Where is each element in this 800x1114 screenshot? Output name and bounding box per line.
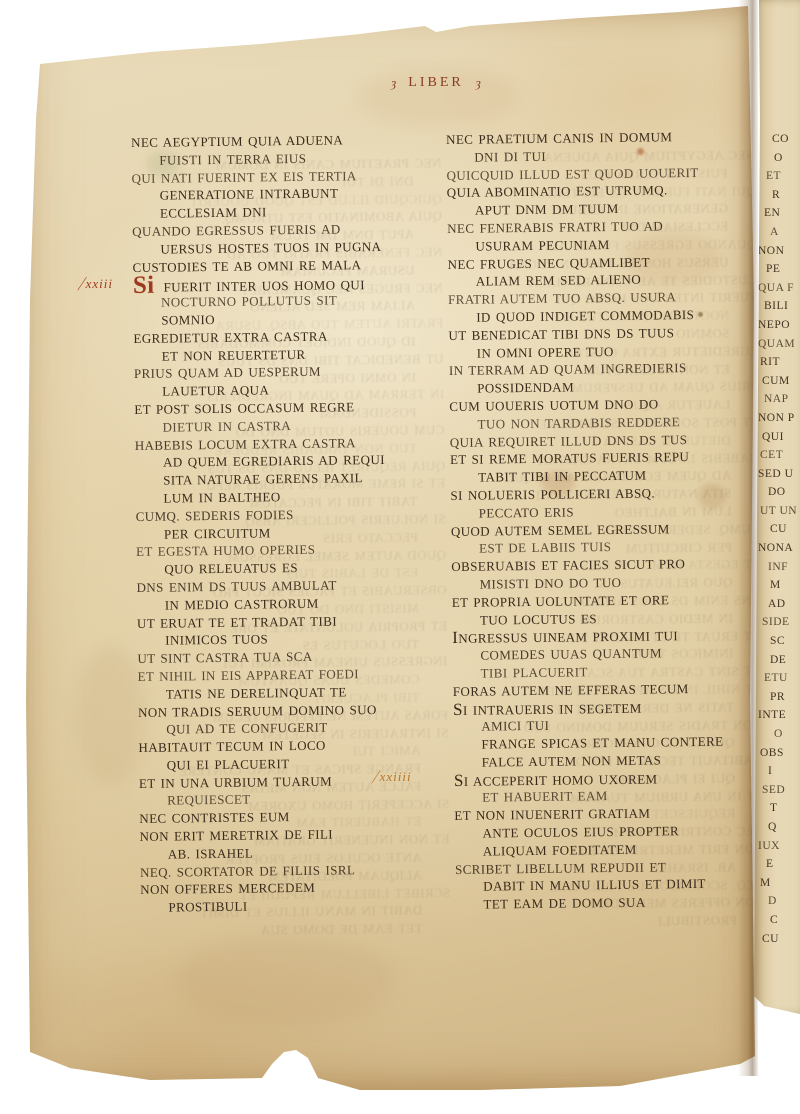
manuscript-line-text: COMEDES UUAS QUANTUM — [480, 646, 662, 663]
next-folio-fragment: NON P — [758, 409, 797, 428]
chapter-numeral-xxiii: /xxiii — [80, 276, 113, 292]
manuscript-line-text: SOMNIO — [161, 312, 215, 328]
text-column-right: NEC PRAETIUM CANIS IN DOMUMDNI DI TUIQUI… — [446, 127, 766, 914]
next-folio-fragment: D — [768, 892, 797, 911]
manuscript-line-text: FALCE AUTEM NON METAS — [482, 752, 662, 769]
manuscript-line-text: ALIAM REM SED ALIENO — [476, 272, 641, 289]
chapter-numeral-label: xxiii — [86, 276, 113, 291]
manuscript-line-text: NEC PRAETIUM CANIS IN DOMUM — [446, 129, 672, 147]
manuscript-line-text: ALIQUAM FOEDITATEM — [483, 842, 637, 859]
manuscript-line: DNS ENIM DS TUUS AMBULAT — [136, 575, 444, 597]
manuscript-line-text: POSSIDENDAM — [477, 380, 574, 396]
manuscript-line-text: EGREDIETUR EXTRA CASTRA — [133, 328, 327, 345]
manuscript-line-text: FORAS AUTEM NE EFFERAS TECUM — [453, 681, 689, 699]
flourish-mark-left: ȝ — [391, 75, 396, 90]
manuscript-line-text: TET EAM DE DOMO SUA — [483, 895, 645, 912]
manuscript-line-text: QUIA REQUIRET ILLUD DNS DS TUS — [450, 432, 688, 450]
manuscript-line-text: QUICQUID ILLUD EST QUOD UOUERIT — [446, 165, 698, 183]
parchment-stain — [76, 646, 146, 786]
manuscript-line: ET EGESTA HUMO OPERIES — [136, 540, 444, 562]
next-folio-fragment: ETU — [764, 669, 797, 688]
manuscript-line: TIBI PLACUERIT — [453, 661, 763, 683]
manuscript-line-text: USURAM PECUNIAM — [475, 237, 609, 254]
manuscript-line: QUI AD TE CONFUGERIT — [138, 717, 446, 739]
next-folio-fragment: O — [774, 149, 797, 168]
next-folio-fragment: DE — [770, 651, 797, 670]
manuscript-photo: ȝLIBERȝ /xxiii /xxiiii NEC PRAETIUM CANI… — [0, 0, 800, 1114]
next-folio-fragment: CUM — [762, 372, 797, 391]
manuscript-line-text: QUI EI PLACUERIT — [167, 756, 290, 772]
manuscript-line-text: GENERATIONE INTRABUNT — [160, 186, 339, 203]
manuscript-line-text: ET PROPRIA UOLUNTATE ET ORE — [452, 592, 670, 610]
manuscript-line: QUIA REQUIRET ILLUD DNS DS TUS — [450, 430, 760, 452]
manuscript-line: NEQ. SCORTATOR DE FILIIS ISRL — [140, 860, 448, 882]
manuscript-line-text: AD QUEM EGREDIARIS AD REQUI — [163, 452, 385, 470]
manuscript-line-text: DIETUR IN CASTRA — [162, 418, 291, 435]
manuscript-line: NOCTURNO POLLUTUS SIT — [133, 290, 441, 312]
manuscript-line: NEC FENERABIS FRATRI TUO AD — [447, 216, 757, 238]
manuscript-line: PECCATO ERIS — [451, 501, 761, 523]
manuscript-line-text: SCRIBET LIBELLUM REPUDII ET — [455, 859, 666, 877]
next-folio-fragment: INTE — [758, 706, 797, 725]
manuscript-line-text: MISISTI DNO DO TUO — [479, 575, 621, 592]
manuscript-line-text: SITA NATURAE GERENS PAXIL — [163, 470, 363, 487]
manuscript-line-text: FRATRI AUTEM TUO ABSQ. USURA — [448, 289, 676, 307]
manuscript-line-text: UT BENEDICAT TIBI DNS DS TUUS — [448, 325, 674, 343]
bleedthrough-line: PROSTIBULI — [457, 911, 765, 933]
next-folio-fragment: M — [770, 576, 797, 595]
manuscript-line: HABEBIS LOCUM EXTRA CASTRA — [135, 433, 443, 455]
manuscript-line: PRIUS QUAM AD UESPERUM — [134, 362, 442, 384]
next-folio-fragment: T — [770, 799, 797, 818]
manuscript-line-text: ET NON INUENERIT GRATIAM — [454, 806, 650, 823]
manuscript-line: TET EAM DE DOMO SUA — [455, 892, 765, 914]
manuscript-line-text: AB. ISRAHEL — [168, 845, 254, 861]
next-folio-text-fragments: COOETRENANONPEQUA FBILINEPOQUAMRITCUMNAP… — [758, 130, 797, 948]
next-folio-fragment: NON — [758, 242, 797, 261]
manuscript-line-text: IN TERRAM AD QUAM INGREDIERIS — [449, 360, 687, 378]
manuscript-line-text: APUT DNM DM TUUM — [475, 201, 619, 218]
manuscript-line: SCRIBET LIBELLUM REPUDII ET — [455, 857, 765, 879]
running-title: ȝLIBERȝ — [286, 74, 586, 91]
flourish-mark-right: ȝ — [476, 75, 481, 90]
text-column-left: NEC AEGYPTIUM QUIA ADUENAFUISTI IN TERRA… — [131, 130, 449, 917]
manuscript-line: CUMQ. SEDERIS FODIES — [136, 504, 444, 526]
manuscript-line-text: QUANDO EGRESSUS FUERIS AD — [132, 221, 341, 239]
manuscript-line-text: CUMQ. SEDERIS FODIES — [136, 507, 294, 524]
manuscript-line-text: NEC FENERABIS FRATRI TUO AD — [447, 218, 663, 236]
manuscript-line-text: FUISTI IN TERRA EIUS — [159, 151, 306, 168]
next-folio-fragment: SIDE — [762, 613, 797, 632]
next-folio-fragment: UT UN — [760, 502, 797, 521]
manuscript-line-text: SI NOLUERIS POLLICERI ABSQ. — [450, 485, 655, 502]
manuscript-line-text: ET SI REME MORATUS FUERIS REPU — [450, 449, 689, 467]
bleedthrough-line: TET EAM DE DOMO SUA — [143, 919, 451, 941]
next-folio-fragment: NEPO — [758, 316, 797, 335]
manuscript-line-text: ID QUOD INDIGET COMMODABIS — [476, 307, 694, 325]
manuscript-line-text: ET HABUERIT EAM — [482, 789, 608, 806]
manuscript-page: ȝLIBERȝ /xxiii /xxiiii NEC PRAETIUM CANI… — [26, 6, 756, 1092]
manuscript-line-text: UT ERUAT TE ET TRADAT TIBI — [137, 613, 337, 630]
manuscript-line-text: ANTE OCULOS EIUS PROPTER — [482, 823, 679, 840]
next-folio-fragment: RIT — [760, 353, 797, 372]
manuscript-line-text: NON ERIT MERETRIX DE FILI — [139, 827, 333, 844]
next-folio-fragment: OBS — [760, 744, 797, 763]
manuscript-line-text: QUO RELEUATUS ES — [164, 560, 298, 577]
manuscript-line-text: EST DE LABIIS TUIS — [479, 539, 611, 556]
next-folio-fragment: SED U — [758, 465, 797, 484]
manuscript-line-text: QUIA ABOMINATIO EST UTRUMQ. — [447, 183, 668, 201]
manuscript-line: PROSTIBULI — [140, 895, 448, 917]
manuscript-line-text: PECCATO ERIS — [479, 504, 574, 520]
next-folio-fragment: BILI — [764, 297, 797, 316]
parchment-stain — [176, 936, 396, 1026]
manuscript-line-text: ET NON REUERTETUR — [162, 346, 306, 363]
next-folio-edge: COOETRENANONPEQUA FBILINEPOQUAMRITCUMNAP… — [754, 0, 800, 1014]
manuscript-line-text: NEC CONTRISTES EUM — [139, 809, 290, 826]
manuscript-line-text: LUM IN BALTHEO — [163, 489, 280, 505]
next-folio-fragment: INF — [768, 558, 797, 577]
next-folio-fragment: SC — [770, 632, 797, 651]
manuscript-line-text: NEC AEGYPTIUM QUIA ADUENA — [131, 132, 343, 150]
manuscript-line-text: ET IN UNA URBIUM TUARUM — [139, 773, 332, 790]
next-folio-fragment: PR — [770, 688, 797, 707]
page-title: LIBER — [408, 75, 463, 90]
manuscript-line-text: TUO NON TARDABIS REDDERE — [477, 414, 680, 431]
next-folio-fragment: CO — [772, 130, 797, 149]
manuscript-line-text: HABEBIS LOCUM EXTRA CASTRA — [135, 435, 356, 453]
manuscript-line-text: ET NIHIL IN EIS APPAREAT FOEDI — [138, 666, 360, 684]
next-folio-fragment: NONA — [758, 539, 797, 558]
manuscript-line-text: DNS ENIM DS TUUS AMBULAT — [136, 577, 336, 594]
manuscript-line: IN TERRAM AD QUAM INGREDIERIS — [449, 359, 759, 381]
manuscript-line-text: LAUETUR AQUA — [162, 382, 269, 398]
manuscript-line-text: UERSUS HOSTES TUOS IN PUGNA — [160, 239, 381, 257]
manuscript-line: FRANGE SPICAS ET MANU CONTERE — [453, 732, 763, 754]
manuscript-line-text: QUI NATI FUERINT EX EIS TERTIA — [131, 168, 356, 186]
manuscript-line: AMICI TUI — [453, 714, 763, 736]
manuscript-line-text: IN OMNI OPERE TUO — [477, 344, 614, 361]
manuscript-line-text: PROSTIBULI — [168, 899, 247, 915]
manuscript-line-text: TIBI PLACUERIT — [481, 664, 588, 680]
manuscript-line: QUI NATI FUERINT EX EIS TERTIA — [131, 166, 439, 188]
manuscript-line-text: QUOD AUTEM SEMEL EGRESSUM — [451, 521, 670, 539]
manuscript-line-text: PER CIRCUITUM — [164, 525, 271, 541]
manuscript-line-text: UT SINT CASTRA TUA SCA — [137, 649, 312, 666]
next-folio-fragment: QUAM — [758, 335, 797, 354]
next-folio-fragment: QUA F — [758, 279, 797, 298]
next-folio-fragment: CU — [770, 520, 797, 539]
manuscript-line-text: DNI DI TUI — [474, 149, 546, 165]
next-folio-fragment: R — [772, 186, 797, 205]
manuscript-line-text: NON OFFERES MERCEDEM — [140, 880, 315, 897]
next-folio-fragment: QUI — [762, 428, 797, 447]
manuscript-line-text: NON TRADIS SERUUM DOMINO SUO — [138, 702, 377, 720]
next-folio-fragment: A — [770, 223, 797, 242]
manuscript-line-text: TUO LOCUTUS ES — [480, 611, 597, 627]
next-folio-fragment: NAP — [764, 390, 797, 409]
manuscript-line-text: NEQ. SCORTATOR DE FILIIS ISRL — [140, 862, 355, 880]
next-folio-fragment: O — [774, 725, 797, 744]
next-folio-fragment: Q — [768, 818, 797, 837]
next-folio-fragment: ET — [766, 167, 797, 186]
next-folio-fragment: AD — [768, 595, 797, 614]
next-folio-fragment: CET — [760, 446, 797, 465]
manuscript-line-text: CUM UOUERIS UOTUM DNO DO — [449, 396, 658, 414]
next-folio-fragment: E — [766, 855, 797, 874]
next-folio-fragment: IUX — [758, 837, 797, 856]
next-folio-fragment: DO — [768, 483, 797, 502]
manuscript-line: ET NIHIL IN EIS APPAREAT FOEDI — [138, 664, 446, 686]
manuscript-line: FRATRI AUTEM TUO ABSQ. USURA — [448, 287, 758, 309]
manuscript-line-text: QUI AD TE CONFUGERIT — [166, 720, 328, 737]
next-folio-fragment: I — [768, 762, 797, 781]
manuscript-line: ET HABUERIT EAM — [454, 786, 764, 808]
next-folio-fragment: M — [760, 874, 797, 893]
manuscript-line-text: REQUIESCET — [167, 792, 251, 808]
manuscript-line: EST DE LABIIS TUIS — [451, 537, 761, 559]
next-folio-fragment: C — [770, 911, 797, 930]
manuscript-line-text: NEC FRUGES NEC QUAMLIBET — [448, 254, 650, 271]
manuscript-line-text: DABIT IN MANU ILLIUS ET DIMIT — [483, 876, 706, 894]
manuscript-line: QUICQUID ILLUD EST QUOD UOUERIT — [446, 163, 756, 185]
manuscript-line-text: TATIS NE DERELINQUAT TE — [166, 684, 347, 701]
manuscript-line-text: ET POST SOLIS OCCASUM REGRE — [134, 399, 354, 417]
manuscript-line: MISISTI DNO DO TUO — [451, 572, 761, 594]
next-folio-fragment: CU — [762, 930, 797, 949]
manuscript-line-text: IN MEDIO CASTRORUM — [165, 595, 319, 612]
manuscript-line-text: CUSTODIES TE AB OMNI RE MALA — [133, 257, 362, 275]
next-folio-fragment: PE — [766, 260, 797, 279]
manuscript-line-text: FRANGE SPICAS ET MANU CONTERE — [481, 734, 723, 752]
next-folio-fragment: SED — [762, 781, 797, 800]
manuscript-line-text: NOCTURNO POLLUTUS SIT — [161, 293, 337, 310]
manuscript-line-text: ET EGESTA HUMO OPERIES — [136, 542, 315, 559]
manuscript-line-text: INIMICOS TUOS — [165, 632, 268, 648]
manuscript-line-text: ECCLESIAM DNI — [160, 205, 267, 221]
manuscript-line-text: OBSERUABIS ET FACIES SICUT PRO — [451, 556, 685, 574]
next-folio-fragment: EN — [764, 204, 797, 223]
manuscript-line-text: AMICI TUI — [481, 718, 549, 734]
manuscript-line-text: PRIUS QUAM AD UESPERUM — [134, 364, 321, 381]
manuscript-line-text: TABIT TIBI IN PECCATUM — [478, 468, 646, 485]
manuscript-line: REQUIESCET — [139, 789, 447, 811]
manuscript-line-text: HABITAUIT TECUM IN LOCO — [138, 738, 325, 755]
manuscript-line: QUANDO EGRESSUS FUERIS AD — [132, 219, 440, 241]
